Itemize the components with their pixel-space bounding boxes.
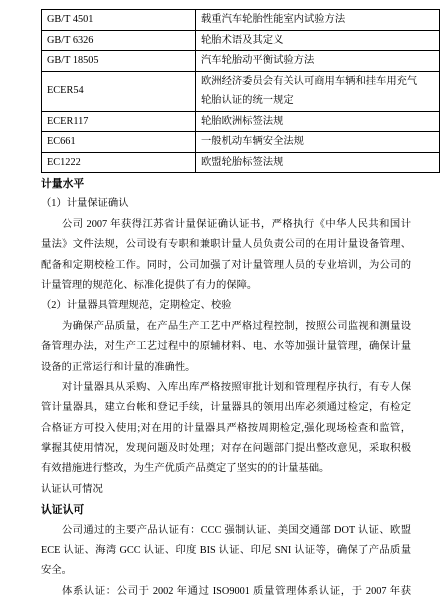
paragraph-line: 体系认证：公司于 2002 年通过 ISO9001 质量管理体系认证，于 200…: [41, 582, 411, 602]
standard-code: GB/T 18505: [42, 51, 196, 72]
paragraph-line: 有效措施进行整改，为生产优质产品奠定了坚实的的计量基础。: [41, 459, 411, 479]
paragraph-line: 公司 2007 年获得江苏省计量保证确认证书，严格执行《中华人民共和国计: [41, 215, 411, 235]
standard-title: 欧盟轮胎标签法规: [196, 152, 440, 173]
document-page: GB/T 4501 载重汽车轮胎性能室内试验方法 GB/T 6326 轮胎术语及…: [0, 0, 443, 609]
paragraph-line: 安全。: [41, 561, 411, 581]
paragraph-line: 掌握其使用情况，发现问题及时处理；对存在问题部门提出整改意见，采取积极: [41, 439, 411, 459]
standard-code: GB/T 6326: [42, 30, 196, 51]
standard-title: 一般机动车辆安全法规: [196, 132, 440, 153]
table-row: GB/T 18505 汽车轮胎动平衡试验方法: [42, 51, 440, 72]
standard-title: 载重汽车轮胎性能室内试验方法: [196, 10, 440, 31]
standards-table: GB/T 4501 载重汽车轮胎性能室内试验方法 GB/T 6326 轮胎术语及…: [41, 9, 440, 173]
standard-code: ECER54: [42, 71, 196, 111]
standard-code: EC661: [42, 132, 196, 153]
paragraph-line: 对计量器具从采购、入库出库严格按照审批计划和管理程序执行，有专人保: [41, 378, 411, 398]
table-row: GB/T 6326 轮胎术语及其定义: [42, 30, 440, 51]
document-content: GB/T 4501 载重汽车轮胎性能室内试验方法 GB/T 6326 轮胎术语及…: [41, 9, 411, 602]
paragraph-line: 公司通过的主要产品认证有：CCC 强制认证、美国交通部 DOT 认证、欧盟: [41, 521, 411, 541]
standard-title: 轮胎欧洲标签法规: [196, 111, 440, 132]
paragraph-line: 设备的正常运行和计量的准确性。: [41, 358, 411, 378]
section-heading-metrology: 计量水平: [41, 174, 411, 194]
paragraph-line: 合格证方可投入使用;对在用的计量器具严格按周期检定,强化现场检查和监管，: [41, 419, 411, 439]
standard-code: GB/T 4501: [42, 10, 196, 31]
certification-status-label: 认证认可情况: [41, 480, 411, 500]
table-row: GB/T 4501 载重汽车轮胎性能室内试验方法: [42, 10, 440, 31]
standard-title: 轮胎术语及其定义: [196, 30, 440, 51]
table-row: EC1222 欧盟轮胎标签法规: [42, 152, 440, 173]
subheading-measure-assurance: （1）计量保证确认: [41, 194, 411, 214]
standard-code: EC1222: [42, 152, 196, 173]
paragraph-line: 备管理办法，对生产工艺过程中的原辅材料、电、水等加强计量管理，确保计量: [41, 337, 411, 357]
paragraph-line: 计量管理的规范化、标准化提供了有力的保障。: [41, 276, 411, 296]
paragraph-line: 配备和定期校检工作。同时，公司加强了对计量管理人员的专业培训，为公司的: [41, 256, 411, 276]
table-row: ECER117 轮胎欧洲标签法规: [42, 111, 440, 132]
table-row: ECER54 欧洲经济委员会有关认可商用车辆和挂车用充气轮胎认证的统一规定: [42, 71, 440, 111]
paragraph-line: 量法》文件法规，公司设有专职和兼职计量人员负责公司的在用计量设备管理、: [41, 235, 411, 255]
body-text: 计量水平 （1）计量保证确认 公司 2007 年获得江苏省计量保证确认证书，严格…: [41, 174, 411, 602]
table-row: EC661 一般机动车辆安全法规: [42, 132, 440, 153]
subheading-instrument-management: （2）计量器具管理规范，定期检定、校验: [41, 296, 411, 316]
paragraph-line: 为确保产品质量，在产品生产工艺中严格过程控制，按照公司监视和测量设: [41, 317, 411, 337]
standard-title: 汽车轮胎动平衡试验方法: [196, 51, 440, 72]
section-heading-certification: 认证认可: [41, 500, 411, 520]
paragraph-line: ECE 认证、海湾 GCC 认证、印度 BIS 认证、印尼 SNI 认证等，确保…: [41, 541, 411, 561]
paragraph-line: 管计量器具，建立台帐和登记手续，计量器具的领用出库必须通过检定，有检定: [41, 398, 411, 418]
standard-code: ECER117: [42, 111, 196, 132]
standard-title: 欧洲经济委员会有关认可商用车辆和挂车用充气轮胎认证的统一规定: [196, 71, 440, 111]
